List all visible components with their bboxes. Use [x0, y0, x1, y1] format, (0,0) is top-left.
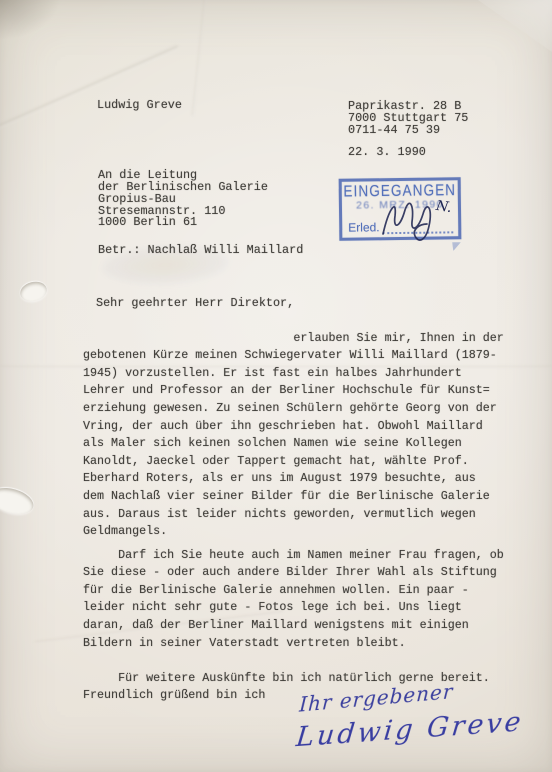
stamp-received-label: EINGEGANGEN: [342, 181, 458, 200]
sender-name: Ludwig Greve: [97, 100, 182, 112]
letter-date: 22. 3. 1990: [348, 147, 426, 159]
punch-hole-top: [18, 279, 49, 304]
stamp-dotted-line: [383, 222, 454, 234]
paper-crease-top-vertical: [192, 0, 207, 116]
body-paragraph-1: erlauben Sie mir, Ihnen in der gebotenen…: [83, 330, 504, 541]
corner-shadow-top-left: [0, 0, 60, 40]
letter-page: Ludwig Greve Paprikastr. 28 B 7000 Stutt…: [0, 0, 552, 772]
paper-crease-top-left: [0, 45, 179, 141]
corner-fold-top-right: [478, 0, 552, 52]
salutation: Sehr geehrter Herr Direktor,: [96, 298, 294, 310]
recipient-address: An die Leitung der Berlinischen Galerie …: [98, 170, 268, 230]
body-paragraph-2: Darf ich Sie heute auch im Namen meiner …: [83, 547, 504, 653]
stamp-annotation-mark: N.: [435, 198, 453, 216]
punch-hole-bottom: [0, 483, 36, 518]
subject-line: Betr.: Nachlaß Willi Maillard: [98, 245, 303, 257]
stamp-ink-smudge: [452, 242, 461, 251]
sender-address: Paprikastr. 28 B 7000 Stuttgart 75 0711-…: [348, 101, 468, 137]
stamp-processed-label: Erled.: [348, 220, 380, 234]
